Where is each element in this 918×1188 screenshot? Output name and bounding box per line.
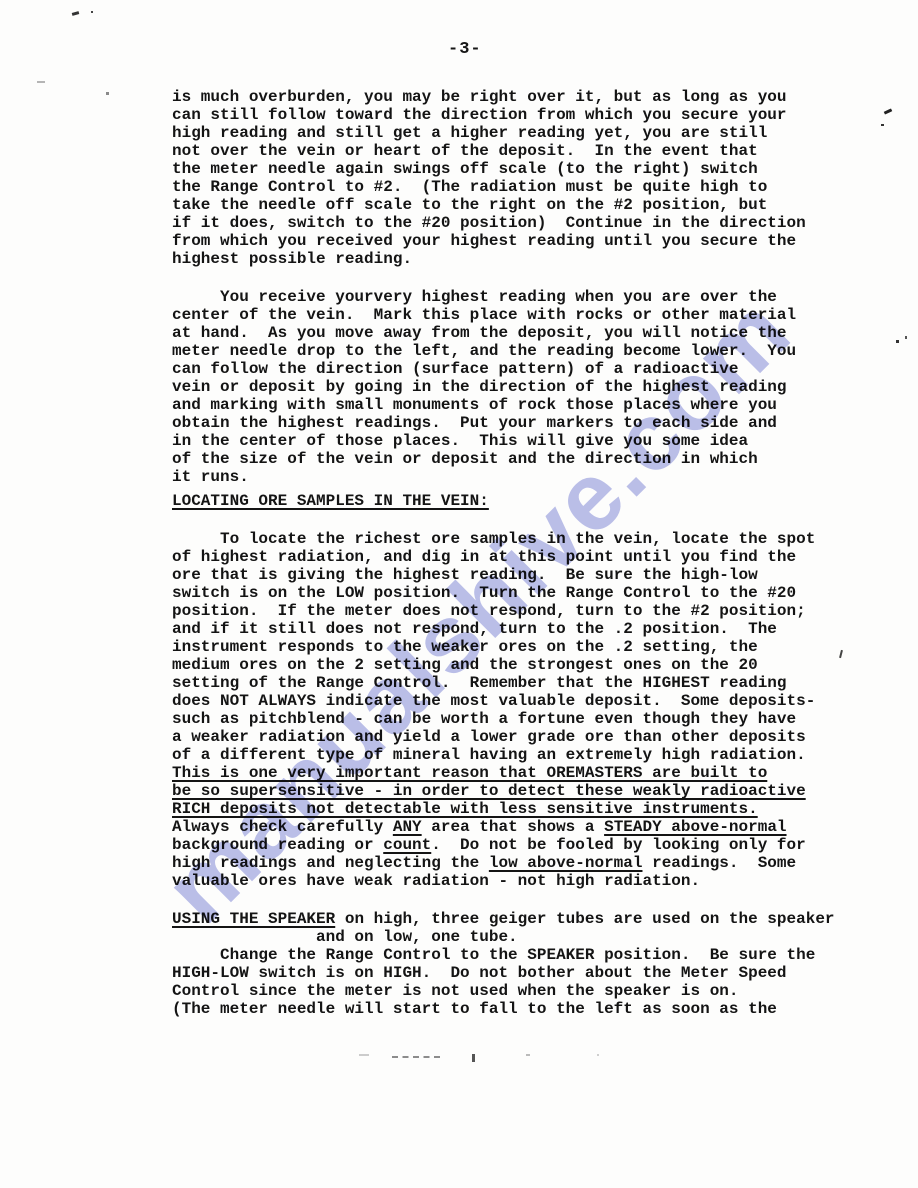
text-line: be so supersensitive - in order to detec… xyxy=(172,782,872,800)
text-segment: of highest radiation, and dig in at this… xyxy=(172,548,796,566)
text-segment: highest possible reading. xyxy=(172,250,412,268)
paragraph-locating-ore: To locate the richest ore samples in the… xyxy=(172,530,872,890)
text-line: This is one very important reason that O… xyxy=(172,764,872,782)
text-segment: meter needle drop to the left, and the r… xyxy=(172,342,796,360)
text-line: of highest radiation, and dig in at this… xyxy=(172,548,872,566)
text-segment: vein or deposit by going in the directio… xyxy=(172,378,787,396)
text-line: can follow the direction (surface patter… xyxy=(172,360,872,378)
text-line: valuable ores have weak radiation - not … xyxy=(172,872,872,890)
underlined-text: RICH deposits not detectable with less s… xyxy=(172,800,758,818)
text-segment: it runs. xyxy=(172,468,249,486)
text-segment: and if it still does not respond, turn t… xyxy=(172,620,777,638)
text-line: Control since the meter is not used when… xyxy=(172,982,872,1000)
text-line: highest possible reading. xyxy=(172,250,872,268)
text-segment: high reading and still get a higher read… xyxy=(172,124,767,142)
scan-artifact xyxy=(905,336,907,339)
text-line: You receive yourvery highest reading whe… xyxy=(172,288,872,306)
text-line: if it does, switch to the #20 position) … xyxy=(172,214,872,232)
page-number: -3- xyxy=(448,40,482,59)
text-line: not over the vein or heart of the deposi… xyxy=(172,142,872,160)
text-segment: Always check carefully xyxy=(172,818,393,836)
text-segment: is much overburden, you may be right ove… xyxy=(172,88,787,106)
text-line: LOCATING ORE SAMPLES IN THE VEIN: xyxy=(172,492,872,510)
underlined-text: This is one very important reason that O… xyxy=(172,764,767,782)
text-segment: valuable ores have weak radiation - not … xyxy=(172,872,700,890)
text-segment: on high, three geiger tubes are used on … xyxy=(335,910,834,928)
text-segment: Change the Range Control to the SPEAKER … xyxy=(172,946,815,964)
text-line: ore that is giving the highest reading. … xyxy=(172,566,872,584)
text-line: and marking with small monuments of rock… xyxy=(172,396,872,414)
text-segment: readings. Some xyxy=(642,854,796,872)
text-segment: switch is on the LOW position. Turn the … xyxy=(172,584,796,602)
text-line: Always check carefully ANY area that sho… xyxy=(172,818,872,836)
text-line: from which you received your highest rea… xyxy=(172,232,872,250)
text-segment: can still follow toward the direction fr… xyxy=(172,106,787,124)
scan-artifact xyxy=(896,340,899,343)
text-line: and if it still does not respond, turn t… xyxy=(172,620,872,638)
text-line: it runs. xyxy=(172,468,872,486)
scan-artifact xyxy=(72,11,80,16)
paragraph-overburden: is much overburden, you may be right ove… xyxy=(172,88,872,268)
text-segment: obtain the highest readings. Put your ma… xyxy=(172,414,777,432)
paragraph-highest-reading: You receive yourvery highest reading whe… xyxy=(172,288,872,486)
text-line: HIGH-LOW switch is on HIGH. Do not bothe… xyxy=(172,964,872,982)
text-line: does NOT ALWAYS indicate the most valuab… xyxy=(172,692,872,710)
scan-artifact xyxy=(884,108,893,114)
text-line: high reading and still get a higher read… xyxy=(172,124,872,142)
text-line: meter needle drop to the left, and the r… xyxy=(172,342,872,360)
text-line: is much overburden, you may be right ove… xyxy=(172,88,872,106)
text-line: vein or deposit by going in the directio… xyxy=(172,378,872,396)
text-line: instrument responds to the weaker ores o… xyxy=(172,638,872,656)
text-line: a weaker radiation and yield a lower gra… xyxy=(172,728,872,746)
text-segment: (The meter needle will start to fall to … xyxy=(172,1000,777,1018)
scan-artifact xyxy=(881,124,884,126)
text-segment: position. If the meter does not respond,… xyxy=(172,602,806,620)
text-segment: medium ores on the 2 setting and the str… xyxy=(172,656,758,674)
text-line: Change the Range Control to the SPEAKER … xyxy=(172,946,872,964)
text-segment: the Range Control to #2. (The radiation … xyxy=(172,178,767,196)
text-segment: center of the vein. Mark this place with… xyxy=(172,306,796,324)
text-segment: of a different type of mineral having an… xyxy=(172,746,806,764)
text-segment: a weaker radiation and yield a lower gra… xyxy=(172,728,806,746)
text-segment: area that shows a xyxy=(422,818,604,836)
text-segment: ore that is giving the highest reading. … xyxy=(172,566,758,584)
text-segment: and on low, one tube. xyxy=(172,928,518,946)
scan-artifact xyxy=(106,92,109,95)
text-line: obtain the highest readings. Put your ma… xyxy=(172,414,872,432)
text-segment: Control since the meter is not used when… xyxy=(172,982,739,1000)
text-line: background reading or count. Do not be f… xyxy=(172,836,872,854)
text-segment: instrument responds to the weaker ores o… xyxy=(172,638,758,656)
text-line: high readings and neglecting the low abo… xyxy=(172,854,872,872)
underlined-text: USING THE SPEAKER xyxy=(172,910,335,928)
text-line: (The meter needle will start to fall to … xyxy=(172,1000,872,1018)
text-line: such as pitchblend - can be worth a fort… xyxy=(172,710,872,728)
text-line: in the center of those places. This will… xyxy=(172,432,872,450)
underlined-text: LOCATING ORE SAMPLES IN THE VEIN: xyxy=(172,492,489,510)
text-segment: can follow the direction (surface patter… xyxy=(172,360,739,378)
text-line: position. If the meter does not respond,… xyxy=(172,602,872,620)
scan-artifact xyxy=(597,1054,599,1056)
scan-artifact xyxy=(392,1056,440,1058)
underlined-text: be so supersensitive - in order to detec… xyxy=(172,782,806,800)
scan-artifact xyxy=(91,11,93,13)
scan-artifact xyxy=(472,1054,475,1062)
text-segment: You receive yourvery highest reading whe… xyxy=(172,288,777,306)
text-segment: . Do not be fooled by looking only for xyxy=(431,836,805,854)
text-line: setting of the Range Control. Remember t… xyxy=(172,674,872,692)
text-segment: does NOT ALWAYS indicate the most valuab… xyxy=(172,692,815,710)
underlined-text: low above-normal xyxy=(489,854,643,872)
text-segment: at hand. As you move away from the depos… xyxy=(172,324,787,342)
scan-artifact xyxy=(359,1054,369,1056)
document-page: manualshive.com -3- is much overburden, … xyxy=(0,0,918,1188)
text-segment: in the center of those places. This will… xyxy=(172,432,748,450)
heading-locating-ore-samples: LOCATING ORE SAMPLES IN THE VEIN: xyxy=(172,492,872,510)
text-line: switch is on the LOW position. Turn the … xyxy=(172,584,872,602)
text-line: To locate the richest ore samples in the… xyxy=(172,530,872,548)
text-line: medium ores on the 2 setting and the str… xyxy=(172,656,872,674)
text-line: and on low, one tube. xyxy=(172,928,872,946)
text-line: USING THE SPEAKER on high, three geiger … xyxy=(172,910,872,928)
text-segment: and marking with small monuments of rock… xyxy=(172,396,777,414)
text-line: of a different type of mineral having an… xyxy=(172,746,872,764)
text-line: the meter needle again swings off scale … xyxy=(172,160,872,178)
section-using-the-speaker: USING THE SPEAKER on high, three geiger … xyxy=(172,910,872,1018)
text-line: can still follow toward the direction fr… xyxy=(172,106,872,124)
text-line: RICH deposits not detectable with less s… xyxy=(172,800,872,818)
text-segment: take the needle off scale to the right o… xyxy=(172,196,767,214)
scan-artifact xyxy=(37,81,45,83)
text-segment: HIGH-LOW switch is on HIGH. Do not bothe… xyxy=(172,964,787,982)
scan-artifact xyxy=(526,1054,530,1056)
text-segment: To locate the richest ore samples in the… xyxy=(172,530,815,548)
text-line: of the size of the vein or deposit and t… xyxy=(172,450,872,468)
text-segment: from which you received your highest rea… xyxy=(172,232,796,250)
text-segment: background reading or xyxy=(172,836,383,854)
document-body: is much overburden, you may be right ove… xyxy=(172,88,872,1018)
text-segment: high readings and neglecting the xyxy=(172,854,489,872)
text-segment: if it does, switch to the #20 position) … xyxy=(172,214,806,232)
underlined-text: STEADY above-normal xyxy=(604,818,786,836)
text-line: the Range Control to #2. (The radiation … xyxy=(172,178,872,196)
text-segment: setting of the Range Control. Remember t… xyxy=(172,674,787,692)
text-segment: of the size of the vein or deposit and t… xyxy=(172,450,758,468)
text-line: at hand. As you move away from the depos… xyxy=(172,324,872,342)
underlined-text: count xyxy=(383,836,431,854)
underlined-text: ANY xyxy=(393,818,422,836)
text-line: center of the vein. Mark this place with… xyxy=(172,306,872,324)
text-segment: such as pitchblend - can be worth a fort… xyxy=(172,710,796,728)
text-segment: not over the vein or heart of the deposi… xyxy=(172,142,758,160)
text-segment: the meter needle again swings off scale … xyxy=(172,160,758,178)
text-line: take the needle off scale to the right o… xyxy=(172,196,872,214)
